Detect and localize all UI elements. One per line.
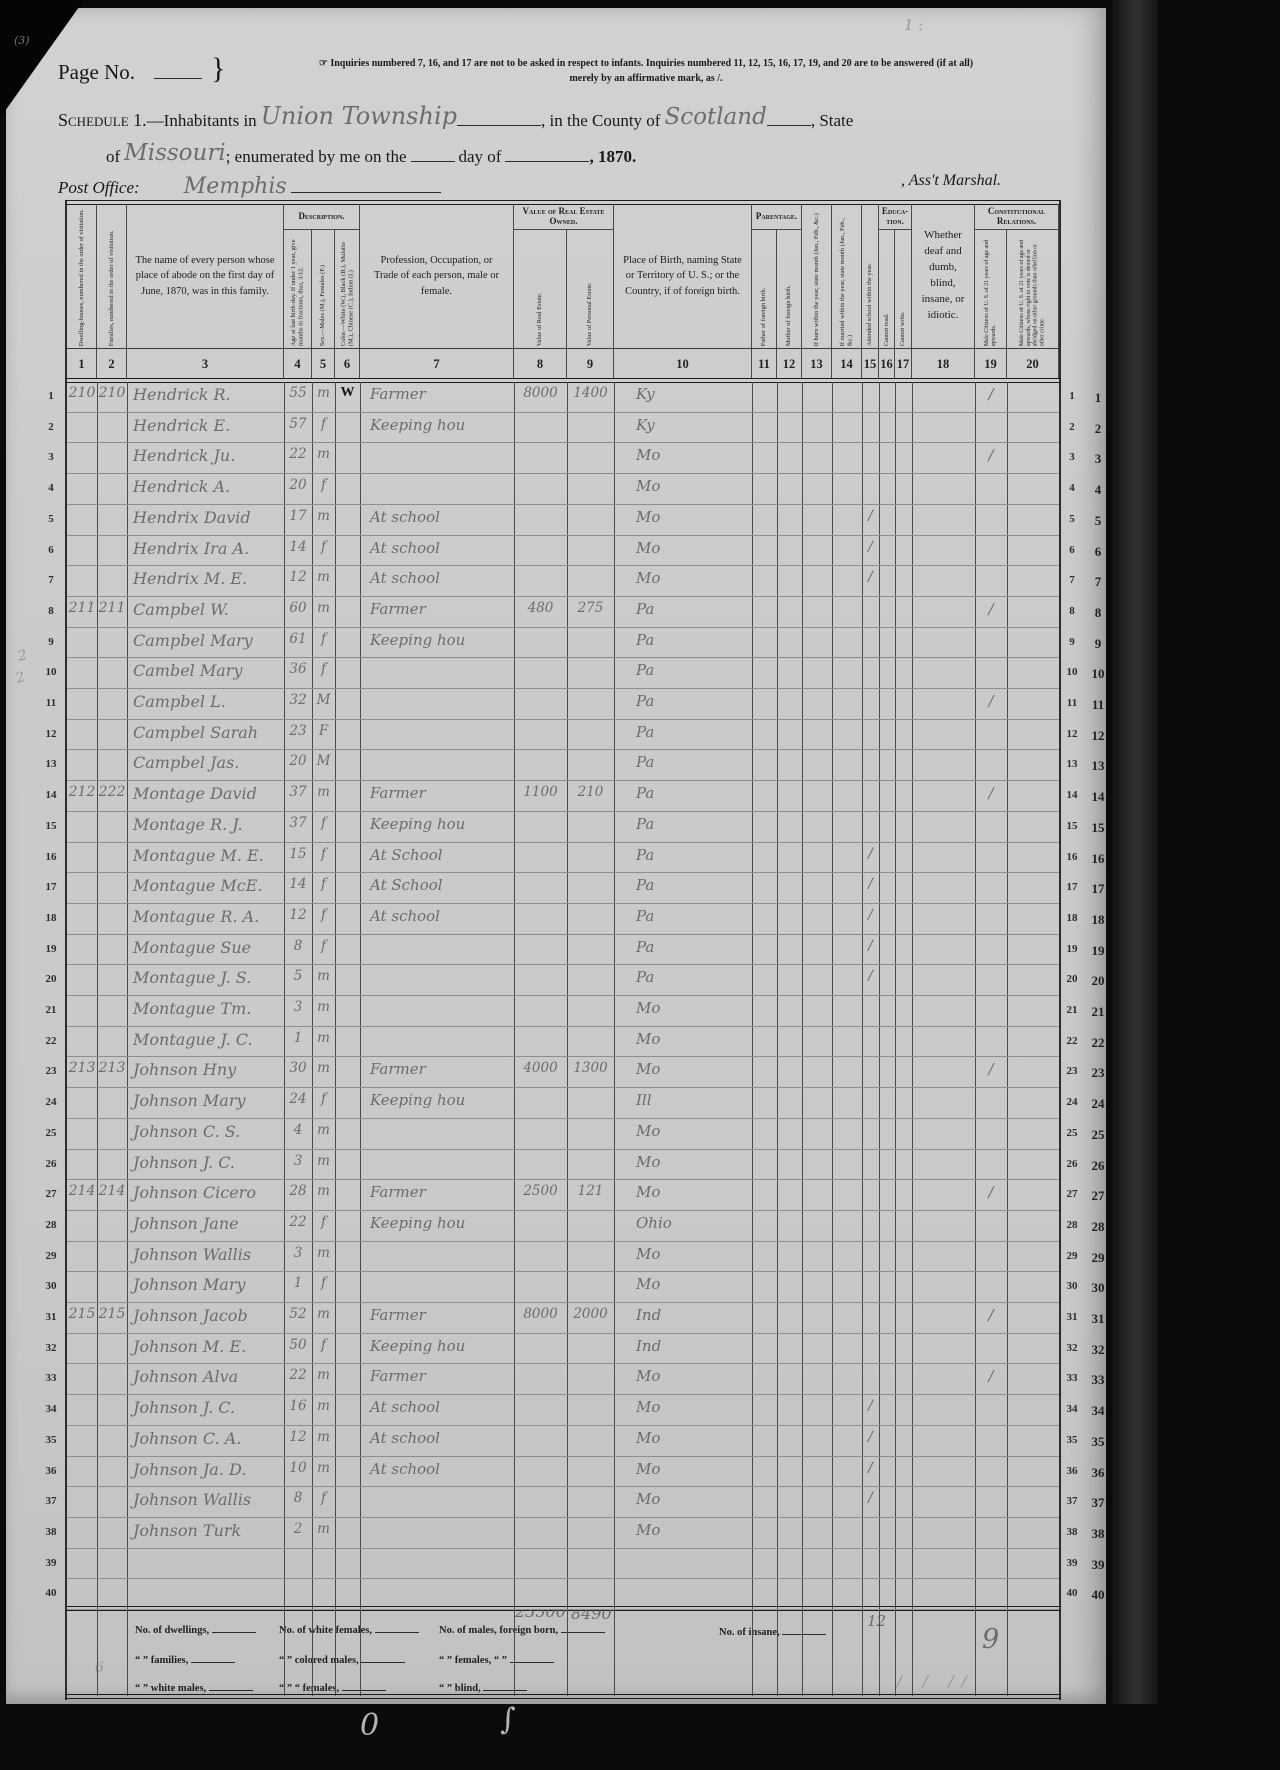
row-number: 17 [1060, 881, 1084, 893]
cell-occ: Farmer [370, 600, 426, 618]
cell-pe: 121 [567, 1183, 614, 1199]
column-number: 12 [777, 349, 802, 379]
row-number: 5 [39, 513, 63, 525]
row-number: 29 [39, 1250, 63, 1262]
col-header-cannot-write: Cannot write. [895, 230, 912, 348]
cell-occ: Keeping hou [370, 815, 465, 833]
cell-pe: 210 [567, 784, 614, 800]
col-header-personal-estate: Value of Personal Estate. [567, 230, 614, 348]
cell-sex: m [312, 1367, 335, 1383]
cell-birth: Pa [636, 661, 654, 679]
column-line [895, 1610, 896, 1696]
row-numbers-left: 1234567891011121314151617181920212223242… [39, 382, 63, 1610]
column-line [802, 382, 803, 1610]
row-number: 9 [39, 636, 63, 648]
cell-sex: m [312, 1153, 335, 1169]
cell-name: Hendrick E. [133, 416, 230, 435]
cell-sex: f [312, 1490, 335, 1506]
cell-sex: m [312, 999, 335, 1015]
county-handwritten: Scotland [664, 104, 766, 130]
row-line [67, 504, 1059, 505]
cell-sex: m [312, 569, 335, 585]
cell-cit: / [975, 1367, 1007, 1385]
cell-dw: 212 [67, 784, 97, 800]
cell-sex: f [312, 1214, 335, 1230]
column-line [777, 382, 778, 1610]
row-number: 12 [1060, 728, 1084, 740]
row-number: 26 [1060, 1158, 1084, 1170]
column-line [912, 382, 913, 1610]
cell-age: 55 [284, 385, 312, 401]
col-header-birthplace: Place of Birth, naming State or Territor… [614, 204, 752, 348]
cell-att: / [862, 846, 879, 862]
cell-age: 1 [284, 1275, 312, 1291]
col-header-sex: Sex.—Males (M.), Females (F.) [312, 230, 335, 348]
row-number: 4 [39, 482, 63, 494]
scan-bottom-edge [0, 1704, 1280, 1770]
cell-birth: Pa [636, 723, 654, 741]
row-number: 22 [39, 1035, 63, 1047]
row-number: 27 [1060, 1188, 1084, 1200]
cell-birth: Pa [636, 968, 654, 986]
footer-citizens-total: 9 [982, 1624, 999, 1655]
cell-cit: / [975, 1183, 1007, 1201]
day-blank [411, 149, 455, 162]
page-no-blank [154, 66, 202, 79]
row-number: 11 [39, 697, 63, 709]
cell-name: Johnson Mary [133, 1091, 246, 1110]
cell-occ: At school [370, 907, 440, 925]
cell-age: 14 [284, 539, 312, 555]
row-number: 23 [1060, 1065, 1084, 1077]
column-line [975, 1610, 976, 1696]
cell-occ: At School [370, 846, 443, 864]
cell-fam: 215 [97, 1306, 127, 1322]
column-line [879, 382, 880, 1610]
cell-occ: Keeping hou [370, 1091, 465, 1109]
column-line [752, 1610, 753, 1696]
group-constitutional: Constitutional Relations. [975, 204, 1059, 230]
column-line [514, 1610, 515, 1696]
cell-name: Johnson J. C. [133, 1153, 235, 1172]
row-number: 32 [39, 1342, 63, 1354]
row-line [67, 1302, 1059, 1303]
cell-sex: m [312, 784, 335, 800]
row-number: 1 [39, 390, 63, 402]
row-number: 25 [39, 1127, 63, 1139]
cell-re: 4000 [514, 1060, 567, 1076]
row-line [67, 1363, 1059, 1364]
cell-age: 12 [284, 569, 312, 585]
cell-age: 57 [284, 416, 312, 432]
row-number: 35 [1060, 1434, 1084, 1446]
row-number: 20 [1060, 973, 1084, 985]
cell-sex: M [312, 692, 335, 708]
cell-occ: At school [370, 1460, 440, 1478]
column-line [312, 382, 313, 1610]
column-line [614, 382, 615, 1610]
column-line [802, 1610, 803, 1696]
col-header-born-month: If born within the year, state month (Ja… [802, 204, 832, 348]
column-number: 1 [67, 349, 97, 379]
cell-birth: Mo [636, 999, 660, 1017]
column-line [975, 382, 976, 1610]
row-line [67, 780, 1059, 781]
cell-name: Montague R. A. [133, 907, 259, 926]
bottom-ink-mark-b: ∫ [500, 1702, 516, 1737]
row-line [67, 1179, 1059, 1180]
row-number: 1 [1060, 390, 1084, 402]
column-line [614, 1610, 615, 1696]
cell-birth: Mo [636, 446, 660, 464]
row-line [67, 596, 1059, 597]
paper-sheet: Page No. } ☞ Inquiries numbered 7, 16, a… [6, 8, 1106, 1704]
cell-occ: Farmer [370, 1183, 426, 1201]
cell-sex: m [312, 1306, 335, 1322]
cell-name: Hendrick R. [133, 385, 231, 404]
cell-age: 8 [284, 938, 312, 954]
column-line [752, 382, 753, 1610]
cell-cit: / [975, 600, 1007, 618]
cell-pe: 1400 [567, 385, 614, 401]
post-office-handwritten: Memphis [184, 174, 287, 199]
left-margin-mark-a: 2 [16, 647, 28, 665]
cell-cit: / [975, 784, 1007, 802]
cell-occ: At school [370, 1429, 440, 1447]
row-number: 2 [1060, 421, 1084, 433]
enumerated-label: ; enumerated by me on the [226, 147, 407, 166]
cell-sex: m [312, 1122, 335, 1138]
cell-birth: Mo [636, 539, 660, 557]
row-line [67, 1548, 1059, 1549]
cell-sex: m [312, 385, 335, 401]
row-line [67, 1149, 1059, 1150]
cell-birth: Mo [636, 1490, 660, 1508]
cell-sex: f [312, 416, 335, 432]
cell-birth: Pa [636, 938, 654, 956]
row-number: 8 [1060, 605, 1084, 617]
row-number: 19 [39, 943, 63, 955]
row-number: 39 [1060, 1557, 1084, 1569]
cell-name: Hendrix M. E. [133, 569, 247, 588]
cell-age: 2 [284, 1521, 312, 1537]
day-of-label: day of [459, 147, 502, 166]
year-label: , 1870. [589, 147, 636, 166]
cell-sex: f [312, 1275, 335, 1291]
row-number: 36 [39, 1465, 63, 1477]
row-line [67, 657, 1059, 658]
footer-white-males: “ ” white males, [135, 1678, 253, 1694]
row-number: 28 [1060, 1219, 1084, 1231]
census-page-scan: Page No. } ☞ Inquiries numbered 7, 16, a… [0, 0, 1280, 1770]
cell-name: Johnson C. S. [133, 1122, 240, 1141]
cell-name: Montague M. E. [133, 846, 264, 865]
cell-name: Montague J. C. [133, 1030, 253, 1049]
cell-occ: At school [370, 569, 440, 587]
row-line [67, 872, 1059, 873]
row-number: 15 [1060, 820, 1084, 832]
footer-no-dwellings: No. of dwellings, [135, 1620, 256, 1636]
row-number: 3 [1060, 451, 1084, 463]
township-handwritten: Union Township [261, 102, 457, 130]
column-number: 11 [752, 349, 777, 379]
row-line [67, 688, 1059, 689]
column-line [335, 382, 336, 1610]
cell-birth: Pa [636, 692, 654, 710]
row-number: 6 [39, 544, 63, 556]
cell-age: 22 [284, 1367, 312, 1383]
cell-birth: Pa [636, 600, 654, 618]
cell-dw: 215 [67, 1306, 97, 1322]
cell-age: 1 [284, 1030, 312, 1046]
column-number: 7 [360, 349, 514, 379]
column-line [912, 1610, 913, 1696]
col-header-male-citizens-denied: Male Citizens of U. S. of 21 years of ag… [1007, 230, 1059, 348]
cell-name: Johnson Cicero [133, 1183, 256, 1202]
instructions-note: ☞ Inquiries numbered 7, 16, and 17 are n… [246, 56, 1046, 86]
row-number: 40 [39, 1587, 63, 1599]
row-number: 34 [39, 1403, 63, 1415]
footer-real-estate-total: 23500 [515, 1610, 566, 1621]
cell-att: / [862, 938, 879, 954]
row-number: 19 [1060, 943, 1084, 955]
cell-birth: Mo [636, 508, 660, 526]
column-line [312, 1610, 313, 1696]
column-line [127, 382, 128, 1610]
row-number: 38 [1060, 1526, 1084, 1538]
cell-birth: Pa [636, 784, 654, 802]
row-number: 2 [39, 421, 63, 433]
table-footer: No. of dwellings, No. of white females, … [67, 1610, 1059, 1696]
cell-occ: At school [370, 539, 440, 557]
cell-occ: Farmer [370, 1306, 426, 1324]
column-line [284, 382, 285, 1610]
column-number: 20 [1007, 349, 1059, 379]
cell-name: Johnson Jacob [133, 1306, 248, 1325]
column-number: 15 [862, 349, 879, 379]
cell-fam: 211 [97, 600, 127, 616]
row-number: 34 [1060, 1403, 1084, 1415]
row-number: 30 [1060, 1280, 1084, 1292]
cell-cit: / [975, 385, 1007, 403]
cell-name: Johnson Wallis [133, 1490, 251, 1509]
cell-occ: Farmer [370, 784, 426, 802]
column-line [777, 1610, 778, 1696]
cell-age: 15 [284, 846, 312, 862]
cell-age: 3 [284, 1153, 312, 1169]
row-number: 30 [39, 1280, 63, 1292]
cell-cit: / [975, 446, 1007, 464]
row-number: 5 [1060, 513, 1084, 525]
row-number: 26 [39, 1158, 63, 1170]
row-line [67, 442, 1059, 443]
cell-sex: f [312, 477, 335, 493]
cell-age: 3 [284, 1245, 312, 1261]
cell-birth: Ky [636, 416, 655, 434]
row-number: 10 [1060, 666, 1084, 678]
census-table: Dwelling-houses, numbered in the order o… [65, 200, 1061, 1700]
cell-birth: Mo [636, 1398, 660, 1416]
cell-dw: 213 [67, 1060, 97, 1076]
col-header-mother-foreign: Mother of foreign birth. [777, 230, 802, 348]
row-number: 27 [39, 1188, 63, 1200]
row-line [67, 627, 1059, 628]
cell-birth: Mo [636, 1275, 660, 1293]
scan-right-page-edge [1112, 0, 1158, 1770]
cell-age: 17 [284, 508, 312, 524]
cell-fam: 222 [97, 784, 127, 800]
row-number: 21 [1060, 1004, 1084, 1016]
row-number: 20 [39, 973, 63, 985]
row-line [67, 412, 1059, 413]
cell-sex: m [312, 508, 335, 524]
cell-name: Hendrix David [133, 508, 251, 527]
row-number: 8 [39, 605, 63, 617]
cell-name: Johnson Wallis [133, 1245, 251, 1264]
row-line [67, 1486, 1059, 1487]
cell-sex: m [312, 1460, 335, 1476]
row-line [67, 1517, 1059, 1518]
row-number: 17 [39, 881, 63, 893]
left-margin-mark-b: 2 [14, 669, 27, 687]
row-number: 40 [1060, 1587, 1084, 1599]
cell-sex: f [312, 846, 335, 862]
cell-occ: Keeping hou [370, 1214, 465, 1232]
cell-birth: Ky [636, 385, 655, 403]
cell-name: Johnson Jane [133, 1214, 239, 1233]
cell-birth: Mo [636, 1122, 660, 1140]
cell-cit: / [975, 1306, 1007, 1324]
column-line [360, 1610, 361, 1696]
row-number: 38 [39, 1526, 63, 1538]
column-line [832, 1610, 833, 1696]
footer-colored-males: “ ” colored males, [279, 1650, 405, 1666]
row-number: 13 [39, 758, 63, 770]
cell-att: / [862, 1398, 879, 1414]
row-line [67, 1241, 1059, 1242]
row-number: 23 [39, 1065, 63, 1077]
post-office-label: Post Office: [58, 178, 140, 197]
state-handwritten: Missouri [124, 140, 226, 166]
cell-sex: M [312, 753, 335, 769]
cell-sex: m [312, 446, 335, 462]
column-number: 18 [912, 349, 975, 379]
column-number: 14 [832, 349, 862, 379]
row-number: 21 [39, 1004, 63, 1016]
footer-no-white-females: No. of white females, [279, 1620, 419, 1636]
group-education: Educa-tion. [879, 204, 912, 230]
col-header-deaf-dumb: Whether deaf and dumb, blind, insane, or… [912, 204, 975, 348]
cell-name: Montage R. J. [133, 815, 243, 834]
marshal-label: , Ass't Marshal. [901, 172, 1001, 190]
cell-name: Campbel L. [133, 692, 226, 711]
cell-sex: m [312, 968, 335, 984]
cell-occ: Farmer [370, 1367, 426, 1385]
cell-birth: Ind [636, 1337, 661, 1355]
cell-dw: 211 [67, 600, 97, 616]
cell-age: 61 [284, 631, 312, 647]
row-number: 32 [1060, 1342, 1084, 1354]
cell-age: 16 [284, 1398, 312, 1414]
bottom-ink-mark-a: 0 [360, 1708, 379, 1743]
row-number: 36 [1060, 1465, 1084, 1477]
cell-re: 480 [514, 600, 567, 616]
cell-name: Montague Tm. [133, 999, 251, 1018]
cell-pe: 1300 [567, 1060, 614, 1076]
cell-sex: f [312, 938, 335, 954]
cell-fam: 214 [97, 1183, 127, 1199]
col-header-real-estate: Value of Real Estate. [514, 230, 567, 348]
cell-fam: 210 [97, 385, 127, 401]
cell-dw: 214 [67, 1183, 97, 1199]
cell-name: Campbel W. [133, 600, 229, 619]
of-label: of [106, 147, 120, 166]
cell-re: 1100 [514, 784, 567, 800]
cell-age: 50 [284, 1337, 312, 1353]
row-number: 37 [1060, 1495, 1084, 1507]
cell-att: / [862, 508, 879, 524]
cell-birth: Pa [636, 846, 654, 864]
column-line [862, 382, 863, 1610]
column-number: 4 [284, 349, 312, 379]
cell-name: Hendrix Ira A. [133, 539, 249, 558]
cell-re: 8000 [514, 385, 567, 401]
cell-sex: f [312, 1337, 335, 1353]
cell-age: 37 [284, 815, 312, 831]
table-header: Dwelling-houses, numbered in the order o… [67, 204, 1059, 348]
column-number: 17 [895, 349, 912, 379]
cell-birth: Mo [636, 1367, 660, 1385]
cell-name: Johnson J. C. [133, 1398, 235, 1417]
row-number: 24 [1060, 1096, 1084, 1108]
top-right-mark: 1 : [904, 16, 923, 34]
row-number: 7 [39, 574, 63, 586]
cell-age: 20 [284, 477, 312, 493]
column-number-row: 1234567891011121314151617181920 [67, 348, 1059, 379]
cell-birth: Pa [636, 876, 654, 894]
footer-personal-estate-total: 8490 [571, 1610, 612, 1623]
table-body: 210210Hendrick R.55mWFarmer80001400Ky/He… [67, 382, 1059, 1610]
column-line [832, 382, 833, 1610]
cell-occ: Keeping hou [370, 1337, 465, 1355]
column-number: 10 [614, 349, 752, 379]
cell-name: Campbel Sarah [133, 723, 258, 742]
footer-females2: “ ” “ females, [279, 1678, 386, 1694]
row-line [67, 1394, 1059, 1395]
column-line [895, 382, 896, 1610]
row-number: 11 [1060, 697, 1084, 709]
column-number: 8 [514, 349, 567, 379]
cell-cit: / [975, 692, 1007, 710]
row-number: 25 [1060, 1127, 1084, 1139]
cell-age: 3 [284, 999, 312, 1015]
row-line [67, 1210, 1059, 1211]
row-line [67, 934, 1059, 935]
cell-birth: Ohio [636, 1214, 672, 1232]
county-blank [767, 113, 811, 126]
rule-bottom [65, 1694, 1061, 1699]
page-no-label: Page No. [58, 60, 135, 85]
cell-age: 8 [284, 1490, 312, 1506]
cell-name: Johnson M. E. [133, 1337, 246, 1356]
cell-age: 20 [284, 753, 312, 769]
cell-birth: Mo [636, 1183, 660, 1201]
column-number: 2 [97, 349, 127, 379]
row-number: 9 [1060, 636, 1084, 648]
column-number: 6 [335, 349, 360, 379]
cell-birth: Ill [636, 1091, 652, 1109]
row-number: 31 [1060, 1311, 1084, 1323]
